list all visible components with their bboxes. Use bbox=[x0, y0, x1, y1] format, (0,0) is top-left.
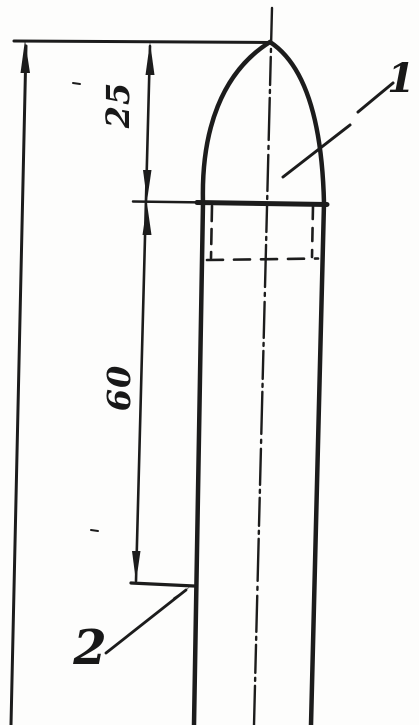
arrowhead-25-top bbox=[146, 42, 155, 75]
nose-cone-left-edge bbox=[203, 42, 270, 203]
dimension-line-25-60 bbox=[136, 46, 150, 581]
center-line bbox=[254, 8, 272, 725]
overall-dimension-line bbox=[11, 46, 26, 725]
body-tube-left-wall bbox=[194, 203, 203, 725]
dimension-text-nose-length: 25 bbox=[102, 82, 134, 129]
arrowhead-60-top bbox=[143, 204, 152, 236]
arrowhead-60-bottom bbox=[132, 551, 141, 582]
top-extension-line bbox=[14, 41, 271, 43]
scan-speck bbox=[91, 530, 98, 531]
callout-number-body-tube: 2 bbox=[73, 624, 106, 672]
shoulder-hidden-bottom bbox=[207, 259, 318, 261]
shoulder-hidden-left bbox=[211, 206, 212, 258]
line-art-layer bbox=[0, 0, 419, 725]
dimension-text-body-section: 60 bbox=[103, 365, 135, 412]
shoulder-hidden-right bbox=[312, 206, 313, 257]
nose-cone-base-line bbox=[197, 203, 327, 205]
nose-cone-right-edge bbox=[270, 42, 324, 203]
arrowhead-25-bottom bbox=[143, 170, 152, 201]
arrowhead-callout-2 bbox=[170, 586, 192, 605]
scanned-drawing-page: 25 60 1 2 bbox=[0, 0, 419, 725]
scan-speck bbox=[73, 83, 80, 84]
arrowhead-overall-top bbox=[21, 40, 31, 73]
bottom-extension-line bbox=[131, 583, 194, 586]
body-tube-right-wall bbox=[311, 203, 324, 725]
callout-number-nose-cone: 1 bbox=[387, 59, 415, 99]
